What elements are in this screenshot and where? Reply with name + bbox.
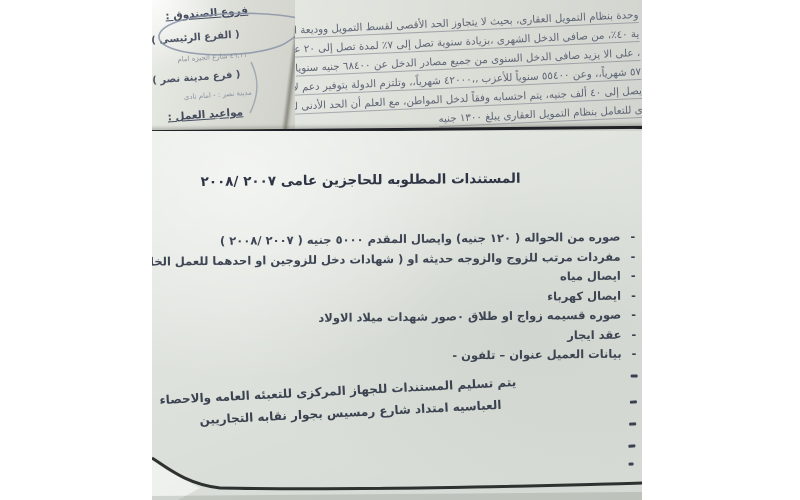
list-item: - صوره من الحواله ( ١٢٠ جنيه) وايصال الم… <box>155 231 635 248</box>
working-hours-heading: مواعيد العمل : <box>167 106 243 123</box>
item-bullet: - <box>631 269 636 281</box>
documents-sheet: المستندات المطلوبه للحاجزين عامى ٢٠٠٧ /٢… <box>152 131 642 500</box>
empty-checklist-dash <box>631 374 638 377</box>
item-bullet: - <box>632 347 637 359</box>
list-item-text: صوره من الحواله ( ١٢٠ جنيه) وايصال المقد… <box>220 231 621 247</box>
fund-branches-heading: فروع الصندوق : <box>165 5 248 23</box>
empty-checklist-dash <box>630 400 637 403</box>
list-item: - عقد ايجار <box>156 328 636 345</box>
nasr-city-branch-label: ( فرع مدينة نصر ) <box>152 69 241 86</box>
nasr-city-branch-address: مدينة نصر : - امام نادى <box>184 89 252 102</box>
list-item-text: ايصال مياه <box>560 270 621 283</box>
item-bullet: - <box>631 250 636 262</box>
list-item-text: بيانات العميل عنوان – تلفون - <box>452 348 621 362</box>
submission-note: يتم تسليم المستندات للجهاز المركزى للتعب… <box>182 371 518 432</box>
item-bullet: - <box>631 289 636 301</box>
empty-checklist-dash <box>629 422 636 425</box>
stacked-papers-photo: فروع الصندوق : ( الفرع الرئيسي ) ٤٦,١١ ش… <box>152 0 642 500</box>
item-bullet: - <box>630 231 635 243</box>
list-item-text: عقد ايجار <box>567 328 621 341</box>
list-item: - ايصال مياه <box>156 269 636 286</box>
branches-sheet-text: فروع الصندوق : ( الفرع الرئيسي ) ٤٦,١١ ش… <box>152 0 298 132</box>
list-item-text: مفردات مرتب للزوج والزوجه حديثه او ( شها… <box>152 250 621 268</box>
main-branch-address: ٤٦,١١ شارع الجيزه امام <box>177 51 247 64</box>
item-bullet: - <box>631 328 636 340</box>
branches-sheet: فروع الصندوق : ( الفرع الرئيسي ) ٤٦,١١ ش… <box>152 0 298 132</box>
list-item: - ايصال كهرباء <box>156 289 636 306</box>
main-branch-label: ( الفرع الرئيسي ) <box>152 29 240 46</box>
paper-fold-line <box>152 430 642 500</box>
list-item-text: ايصال كهرباء <box>547 289 621 302</box>
list-item: - صوره قسيمه زواج او طلاق ٠صور شهدات ميل… <box>156 308 636 325</box>
documents-title: المستندات المطلوبه للحاجزين عامى ٢٠٠٧ /٢… <box>200 171 520 190</box>
required-documents-list: - صوره من الحواله ( ١٢٠ جنيه) وايصال الم… <box>155 231 636 373</box>
finance-info-sheet: وحدة بنظام التمويل العقارى، بحيث لا يتجا… <box>295 0 642 132</box>
item-bullet: - <box>631 308 636 320</box>
finance-info-text: وحدة بنظام التمويل العقارى، بحيث لا يتجا… <box>295 6 642 132</box>
list-item: - مفردات مرتب للزوج والزوجه حديثه او ( ش… <box>155 250 635 267</box>
list-item-text: صوره قسيمه زواج او طلاق ٠صور شهدات ميلاد… <box>318 309 621 324</box>
list-item: - بيانات العميل عنوان – تلفون - <box>156 347 636 364</box>
